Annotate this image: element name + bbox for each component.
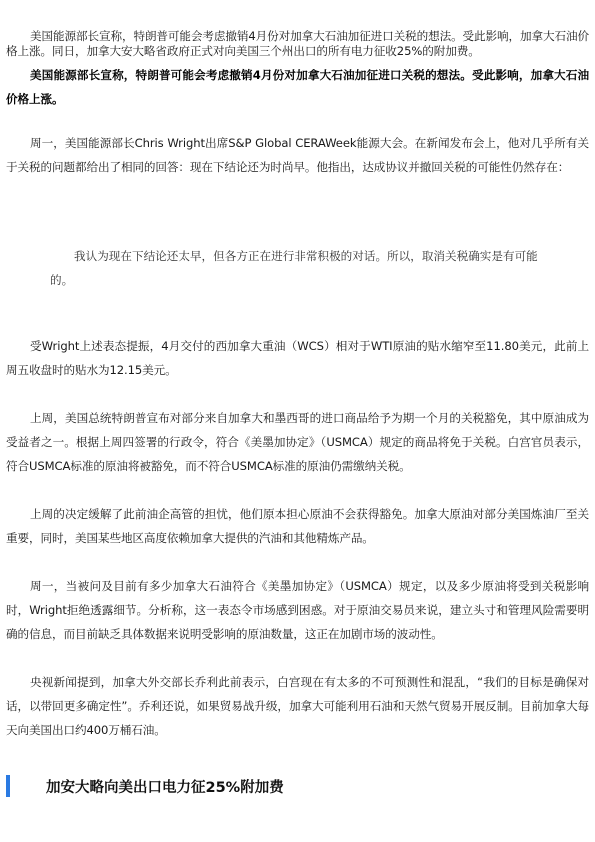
lead-paragraph: 美国能源部长宣称，特朗普可能会考虑撤销4月份对加拿大石油加征进口关税的想法。受此… bbox=[6, 29, 589, 59]
section-title: 加安大略向美出口电力征25%附加费 bbox=[46, 776, 284, 797]
paragraph-wright-ceraweek: 周一，美国能源部长Chris Wright出席S&P Global CERAWe… bbox=[6, 131, 589, 179]
paragraph-usmca-exemption: 上周，美国总统特朗普宣布对部分来自加拿大和墨西哥的进口商品给予为期一个月的关税豁… bbox=[6, 406, 589, 478]
section-accent-bar bbox=[6, 775, 10, 797]
blockquote-wright: 我认为现在下结论还太早，但各方正在进行非常积极的对话。所以，取消关税确实是有可能… bbox=[50, 244, 545, 292]
paragraph-joly-statement: 央视新闻提到，加拿大外交部长乔利此前表示，白宫现在有太多的不可预测性和混乱，“我… bbox=[6, 670, 589, 742]
document-page: 美国能源部长宣称，特朗普可能会考虑撤销4月份对加拿大石油加征进口关税的想法。受此… bbox=[0, 0, 595, 842]
paragraph-refiners: 上周的决定缓解了此前油企高管的担忧，他们原本担心原油不会获得豁免。加拿大原油对部… bbox=[6, 502, 589, 550]
section-heading: 加安大略向美出口电力征25%附加费 bbox=[6, 774, 284, 798]
bold-summary-paragraph: 美国能源部长宣称，特朗普可能会考虑撤销4月份对加拿大石油加征进口关税的想法。受此… bbox=[6, 63, 589, 111]
paragraph-wcs-discount: 受Wright上述表态提振，4月交付的西加拿大重油（WCS）相对于WTI原油的贴… bbox=[6, 334, 589, 382]
paragraph-market-confusion: 周一，当被问及目前有多少加拿大石油符合《美墨加协定》（USMCA）规定，以及多少… bbox=[6, 574, 589, 646]
